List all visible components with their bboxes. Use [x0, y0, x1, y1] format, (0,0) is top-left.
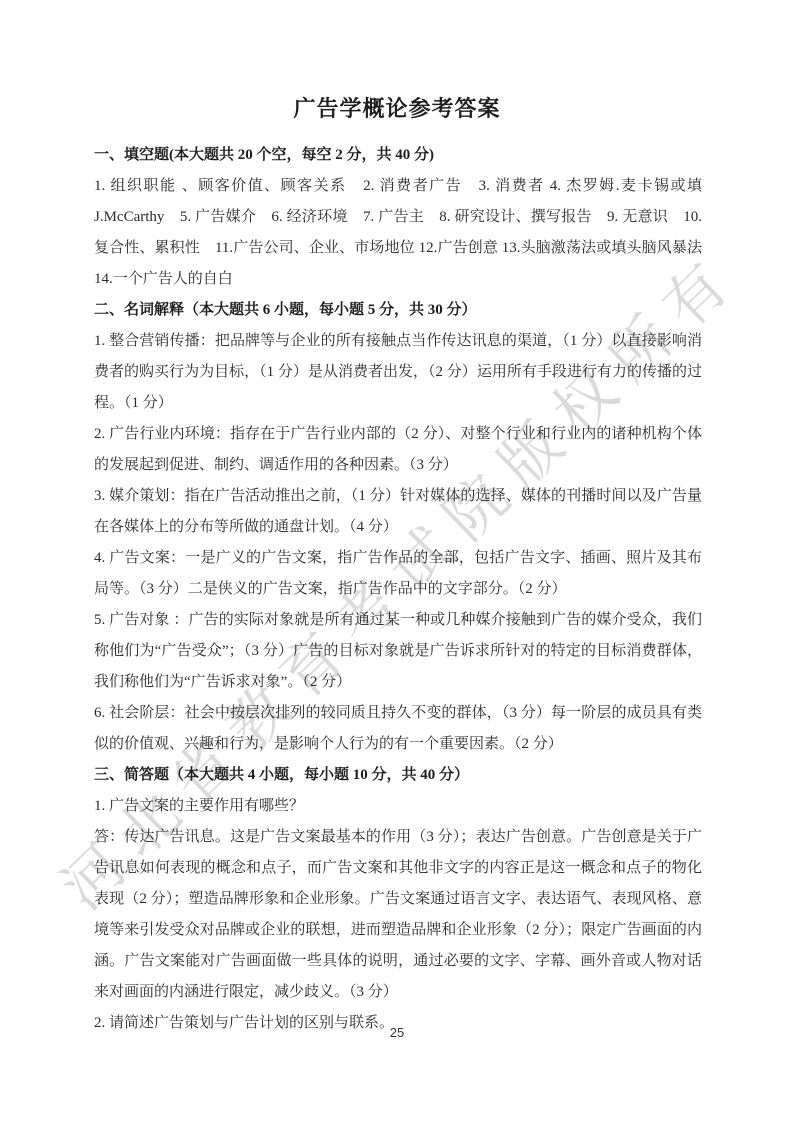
section-2-paragraph-6: 6. 社会阶层：社会中按层次排列的较同质且持久不变的群体，（3 分）每一阶层的成… — [94, 698, 702, 760]
section-2-paragraph-4: 4. 广告文案：一是广义的广告文案，指广告作品的全部，包括广告文字、插画、照片及… — [94, 543, 702, 605]
section-2-paragraph-2: 2. 广告行业内环境：指存在于广告行业内部的（2 分）、对整个行业和行业内的诸种… — [94, 419, 702, 481]
section-2-heading: 二、名词解释（本大题共 6 小题，每小题 5 分，共 30 分） — [94, 295, 702, 326]
section-1-paragraph-1: 1. 组织职能 、顾客价值、顾客关系 2. 消费者广告 3. 消费者 4. 杰罗… — [94, 171, 702, 295]
section-2-paragraph-3: 3. 媒介策划：指在广告活动推出之前，（1 分）针对媒体的选择、媒体的刊播时间以… — [94, 481, 702, 543]
section-3-paragraph-2: 答：传达广告讯息。这是广告文案最基本的作用（3 分）；表达广告创意。广告创意是关… — [94, 822, 702, 1008]
section-3-heading: 三、简答题（本大题共 4 小题，每小题 10 分，共 40 分） — [94, 760, 702, 791]
page-title: 广告学概论参考答案 — [0, 0, 794, 123]
section-2-paragraph-5: 5. 广告对象 ：广告的实际对象就是所有通过某一种或几种媒介接触到广告的媒介受众… — [94, 605, 702, 698]
page-number: 25 — [0, 1025, 794, 1040]
document-body: 一、填空题(本大题共 20 个空，每空 2 分，共 40 分)1. 组织职能 、… — [0, 123, 794, 1039]
section-1-heading: 一、填空题(本大题共 20 个空，每空 2 分，共 40 分) — [94, 140, 702, 171]
document-page: 河北省教育考试院版权所有 广告学概论参考答案 一、填空题(本大题共 20 个空，… — [0, 0, 794, 1123]
section-2-paragraph-1: 1. 整合营销传播：把品牌等与企业的所有接触点当作传达讯息的渠道，（1 分）以直… — [94, 326, 702, 419]
section-3-paragraph-1: 1. 广告文案的主要作用有哪些？ — [94, 791, 702, 822]
